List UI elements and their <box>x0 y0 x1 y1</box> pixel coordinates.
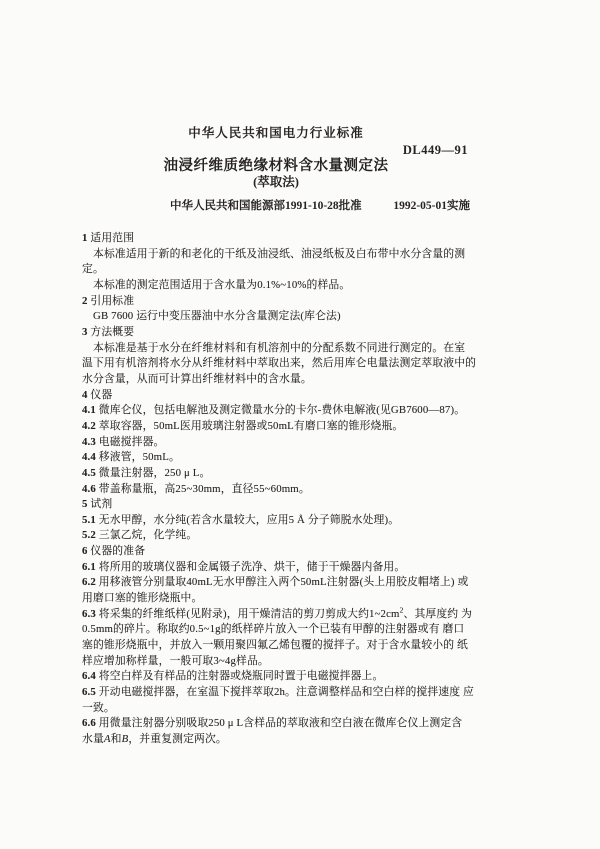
clause-line: 6.6 用微量注射器分别吸取250 μ L含样品的萃取液和空白液在微库仑仪上测定… <box>82 716 470 732</box>
clause-number: 6.4 <box>82 670 96 682</box>
text-run: 温下用有机溶剂将水分从纤维材料中萃取出来，然后用库仑电量法测定萃取液中的 <box>82 357 476 369</box>
text-run: ，并重复测定两次。 <box>128 733 227 745</box>
text-run: 将空白样及有样品的注射器或烧瓶同时置于电磁搅拌器上。 <box>96 670 383 682</box>
text-run: 本标准的测定范围适用于含水量为0.1%~10%的样品。 <box>93 279 350 291</box>
cont-line: 水量A和B，并重复测定两次。 <box>82 732 470 748</box>
text-run: 微量注射器，250 μ L。 <box>96 467 211 479</box>
text-run: 用微量注射器分别吸取250 μ L含样品的萃取液和空白液在微库仑仪上测定含 <box>96 717 462 729</box>
cont-line: 温下用有机溶剂将水分从纤维材料中萃取出来，然后用库仑电量法测定萃取液中的 <box>82 356 470 372</box>
text-run: 萃取容器，50mL医用玻璃注射器或50mL有磨口塞的锥形烧瓶。 <box>96 420 403 432</box>
document-page: 中华人民共和国电力行业标准 DL449—91 油浸纤维质绝缘材料含水量测定法 (… <box>0 0 600 849</box>
text-run: 、其厚度约 为 <box>404 608 473 620</box>
clause-line: 4.3 电磁搅拌器。 <box>82 435 470 451</box>
text-run: 无水甲醇，水分纯(若含水量较大，应用5 Å 分子筛脱水处理)。 <box>96 514 399 526</box>
clause-number: 6.3 <box>82 608 96 620</box>
text-run: 仪器的准备 <box>88 545 146 557</box>
standard-number: DL449—91 <box>82 142 470 158</box>
clause-line: 4.5 微量注射器，250 μ L。 <box>82 466 470 482</box>
clause-number: 6.1 <box>82 561 96 573</box>
clause-line: 6.3 将采集的纤维纸样(见附录)，用干燥清洁的剪刀剪成大约1~2cm2、其厚度… <box>82 607 470 623</box>
para-line: 本标准适用于新的和老化的干纸及油浸纸、油浸纸板及白布带中水分含量的测 <box>82 247 470 263</box>
approval-row: 中华人民共和国能源部1991-10-28批准 1992-05-01实施 <box>82 198 470 215</box>
document-body: 1 适用范围本标准适用于新的和老化的干纸及油浸纸、油浸纸板及白布带中水分含量的测… <box>82 231 470 748</box>
clause-line: 4.1 微库仑仪，包括电解池及测定微量水分的卡尔-费休电解液(见GB7600—8… <box>82 403 470 419</box>
text-run: 本标准适用于新的和老化的干纸及油浸纸、油浸纸板及白布带中水分含量的测 <box>93 248 465 260</box>
clause-number: 6.5 <box>82 686 96 698</box>
text-run: 将所用的玻璃仪器和金属镊子洗净、烘干，储于干燥器内备用。 <box>96 561 405 573</box>
clause-number: 4.6 <box>82 483 96 495</box>
text-run: A <box>104 733 111 745</box>
text-run: 三氯乙烷，化学纯。 <box>96 529 197 541</box>
para-line: 本标准的测定范围适用于含水量为0.1%~10%的样品。 <box>82 278 470 294</box>
clause-number: 4.2 <box>82 420 96 432</box>
text-run: 定。 <box>82 263 104 275</box>
standard-type-heading: 中华人民共和国电力行业标准 <box>82 125 470 142</box>
clause-line: 4.6 带盖称量瓶，高25~30mm，直径55~60mm。 <box>82 482 470 498</box>
text-run: 一致。 <box>82 702 115 714</box>
text-run: 用磨口塞的锥形烧瓶中。 <box>82 592 202 604</box>
clause-line: 6.5 开动电磁搅拌器，在室温下搅拌萃取2h。注意调整样品和空白样的搅拌速度 应 <box>82 685 470 701</box>
clause-number: 5.1 <box>82 514 96 526</box>
text-run: 引用标准 <box>88 295 135 307</box>
cont-line: 塞的锥形烧瓶中，并放入一颗用聚四氟乙烯包覆的搅拌子。对于含水量较小的 纸 <box>82 638 470 654</box>
clause-line: 5.1 无水甲醇，水分纯(若含水量较大，应用5 Å 分子筛脱水处理)。 <box>82 513 470 529</box>
clause-number: 6.6 <box>82 717 96 729</box>
clause-line: 5 试剂 <box>82 497 470 513</box>
text-run: 水量 <box>82 733 104 745</box>
clause-line: 6 仪器的准备 <box>82 544 470 560</box>
text-run: 试剂 <box>88 498 113 510</box>
text-run: 本标准是基于水分在纤维材料和有机溶剂中的分配系数不同进行测定的。在室 <box>93 342 465 354</box>
cont-line: 定。 <box>82 262 470 278</box>
clause-line: 6.4 将空白样及有样品的注射器或烧瓶同时置于电磁搅拌器上。 <box>82 669 470 685</box>
clause-line: 4.2 萃取容器，50mL医用玻璃注射器或50mL有磨口塞的锥形烧瓶。 <box>82 419 470 435</box>
approval-text: 中华人民共和国能源部1991-10-28批准 <box>170 198 362 215</box>
implementation-text: 1992-05-01实施 <box>393 198 470 215</box>
text-run: GB 7600 运行中变压器油中水分含量测定法(库仑法) <box>93 310 341 322</box>
text-run: 微库仑仪，包括电解池及测定微量水分的卡尔-费休电解液(见GB7600—87)。 <box>96 404 465 416</box>
text-run: 0.5mm的碎片。称取约0.5~1g的纸样碎片放入一个已装有甲醇的注射器或有 磨… <box>82 623 464 635</box>
document-subtitle: (萃取法) <box>82 174 470 191</box>
cont-line: 用磨口塞的锥形烧瓶中。 <box>82 591 470 607</box>
clause-number: 4.4 <box>82 451 96 463</box>
clause-number: 4.5 <box>82 467 96 479</box>
clause-line: 1 适用范围 <box>82 231 470 247</box>
clause-line: 4.4 移液管，50mL。 <box>82 450 470 466</box>
text-run: 样应增加称样量，一般可取3~4g样品。 <box>82 655 269 667</box>
para-line: 本标准是基于水分在纤维材料和有机溶剂中的分配系数不同进行测定的。在室 <box>82 341 470 357</box>
clause-number: 4.1 <box>82 404 96 416</box>
clause-number: 4.3 <box>82 436 96 448</box>
para-line: GB 7600 运行中变压器油中水分含量测定法(库仑法) <box>82 309 470 325</box>
text-run: 塞的锥形烧瓶中，并放入一颗用聚四氟乙烯包覆的搅拌子。对于含水量较小的 纸 <box>82 639 468 651</box>
text-run: 带盖称量瓶，高25~30mm，直径55~60mm。 <box>96 483 310 495</box>
document-title: 油浸纤维质绝缘材料含水量测定法 <box>82 158 470 174</box>
clause-number: 6.2 <box>82 576 96 588</box>
document-content: 中华人民共和国电力行业标准 DL449—91 油浸纤维质绝缘材料含水量测定法 (… <box>82 125 470 748</box>
clause-line: 6.2 用移液管分别量取40mL无水甲醇注入两个50mL注射器(头上用胶皮帽堵上… <box>82 575 470 591</box>
clause-line: 2 引用标准 <box>82 294 470 310</box>
cont-line: 样应增加称样量，一般可取3~4g样品。 <box>82 654 470 670</box>
text-run: 移液管，50mL。 <box>96 451 180 463</box>
text-run: 方法概要 <box>88 326 135 338</box>
cont-line: 0.5mm的碎片。称取约0.5~1g的纸样碎片放入一个已装有甲醇的注射器或有 磨… <box>82 622 470 638</box>
text-run: 电磁搅拌器。 <box>96 436 165 448</box>
clause-line: 5.2 三氯乙烷，化学纯。 <box>82 528 470 544</box>
text-run: 和 <box>111 733 122 745</box>
cont-line: 水分含量，从而可计算出纤维材料中的含水量。 <box>82 372 470 388</box>
clause-line: 6.1 将所用的玻璃仪器和金属镊子洗净、烘干，储于干燥器内备用。 <box>82 560 470 576</box>
text-run: 开动电磁搅拌器，在室温下搅拌萃取2h。注意调整样品和空白样的搅拌速度 应 <box>96 686 474 698</box>
text-run: 将采集的纤维纸样(见附录)，用干燥清洁的剪刀剪成大约1~2cm <box>96 608 400 620</box>
text-run: 适用范围 <box>88 232 135 244</box>
clause-line: 3 方法概要 <box>82 325 470 341</box>
clause-line: 4 仪器 <box>82 388 470 404</box>
text-run: 用移液管分别量取40mL无水甲醇注入两个50mL注射器(头上用胶皮帽堵上) 或 <box>96 576 468 588</box>
clause-number: 5.2 <box>82 529 96 541</box>
text-run: 仪器 <box>88 389 113 401</box>
cont-line: 一致。 <box>82 701 470 717</box>
text-run: 水分含量，从而可计算出纤维材料中的含水量。 <box>82 373 312 385</box>
